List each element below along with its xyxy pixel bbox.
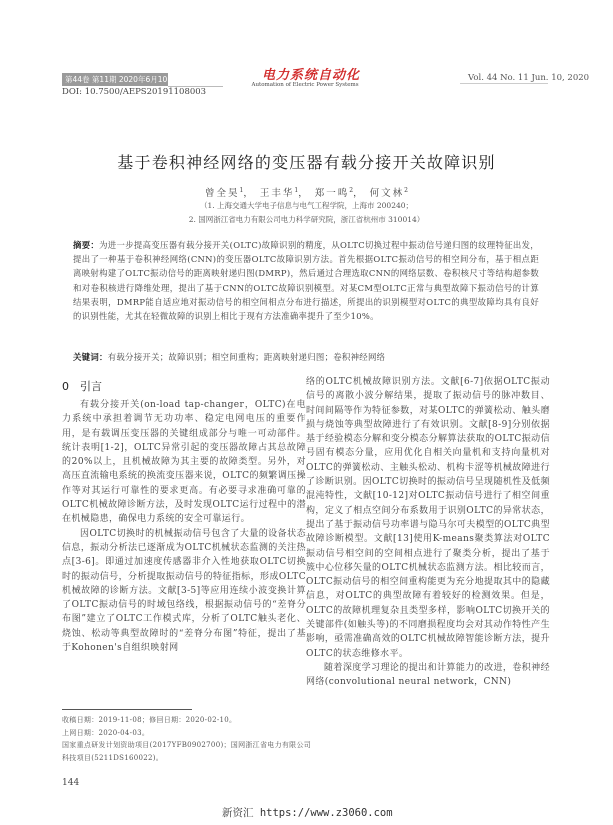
keywords-label: 关键词：	[73, 352, 108, 362]
affiliation-2: 2. 国网浙江省电力有限公司电力科学研究院，浙江省杭州市 310014）	[0, 214, 613, 225]
abstract-label: 摘要：	[73, 240, 99, 250]
author-separator: ，	[353, 188, 365, 199]
body-column-right: 络的OLTC机械故障识别方法。文献[6-7]依据OLTC振动信号的离散小波分解结…	[306, 375, 550, 690]
journal-logo-cn: 电力系统自动化	[262, 64, 348, 83]
page-number: 144	[62, 778, 79, 788]
body-column-left: 有载分接开关(on-load tap-changer，OLTC)在电力系统中承担…	[62, 398, 306, 655]
footnotes: 收稿日期：2019-11-08；修回日期：2020-02-10。 上网日期：20…	[62, 714, 312, 764]
doi: DOI: 10.7500/AEPS20191108003	[62, 87, 206, 97]
paragraph: 有载分接开关(on-load tap-changer，OLTC)在电力系统中承担…	[62, 398, 306, 527]
footnote-funding: 国家重点研发计划资助项目(2017YFB0902700)；国网浙江省电力有限公司…	[62, 739, 312, 764]
section-heading: 0 引言	[62, 378, 102, 394]
keywords-text: 有载分接开关；故障识别；相空间重构；距离映射递归图；卷积神经网络	[108, 352, 386, 362]
author-separator: ，	[243, 188, 255, 199]
watermark-label: 新资汇	[222, 807, 254, 819]
author-name: 郑一鸣	[315, 188, 350, 199]
author-list: 曾全昊1， 王丰华1， 郑一鸣2， 何文林2	[0, 185, 613, 199]
article-title: 基于卷积神经网络的变压器有载分接开关故障识别	[0, 150, 613, 173]
header-rule-right	[460, 83, 548, 84]
volume-info: Vol. 44 No. 11 Jun. 10, 2020	[468, 73, 589, 83]
keywords: 关键词：有载分接开关；故障识别；相空间重构；距离映射递归图；卷积神经网络	[73, 351, 539, 363]
affiliation-1: （1. 上海交通大学电子信息与电气工程学院，上海市 200240；	[0, 200, 613, 211]
abstract-text: 为进一步提高变压器有载分接开关(OLTC)故障识别的精度，从OLTC切换过程中振…	[73, 240, 539, 321]
paragraph: 随着深度学习理论的提出和计算能力的改进，卷积神经网络(convolutional…	[306, 661, 550, 690]
paragraph: 因OLTC切换时的机械振动信号包含了大量的设备状态信息，振动分析法已逐渐成为OL…	[62, 527, 306, 656]
issue-badge: 第44卷 第11期 2020年6月10日	[62, 73, 168, 86]
footnote-rule	[62, 709, 192, 710]
paragraph: 络的OLTC机械故障识别方法。文献[6-7]依据OLTC振动信号的离散小波分解结…	[306, 375, 550, 661]
author-affiliation-mark: 2	[404, 187, 408, 194]
author-name: 王丰华	[260, 188, 295, 199]
watermark-url: https://www.z3060.com	[260, 807, 393, 819]
author-name: 何文林	[370, 188, 405, 199]
footnote-online: 上网日期：2020-04-03。	[62, 727, 312, 740]
author-name: 曾全昊	[205, 188, 240, 199]
journal-name-en: Automation of Electric Power Systems	[230, 82, 380, 88]
watermark: 新资汇 https://www.z3060.com	[222, 805, 393, 820]
author-separator: ，	[298, 188, 310, 199]
abstract: 摘要：为进一步提高变压器有载分接开关(OLTC)故障识别的精度，从OLTC切换过…	[73, 238, 539, 323]
footnote-received: 收稿日期：2019-11-08；修回日期：2020-02-10。	[62, 714, 312, 727]
